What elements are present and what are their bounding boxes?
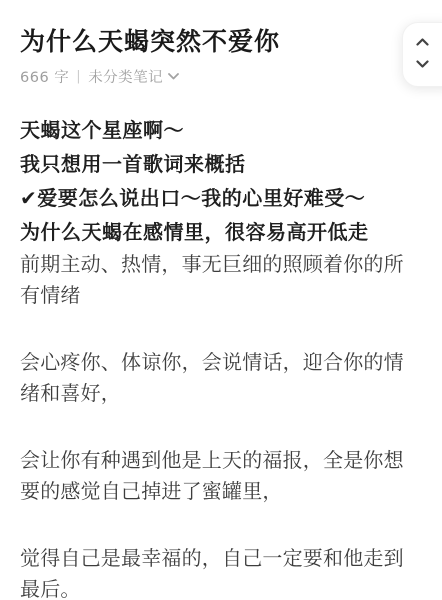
paragraph-line: 绪和喜好， [20,378,422,409]
paragraph-line: 会让你有种遇到他是上天的福报，全是你想 [20,445,422,476]
paragraph-line: 觉得自己是最幸福的，自己一定要和他走到 [20,543,422,574]
paragraph: ✔爱要怎么说出口～我的心里好难受～ [20,181,422,215]
paragraph-line: 天蝎这个星座啊～ [20,113,422,147]
paragraph: 为什么天蝎在感情里，很容易高开低走 [20,215,422,249]
note-header: 为什么天蝎突然不爱你 666 字 | 未分类笔记 [20,27,422,87]
paragraph-line: ✔爱要怎么说出口～我的心里好难受～ [20,181,422,215]
paragraph-nav [402,22,442,87]
scroll-down-button[interactable] [413,54,431,73]
paragraph-blank [20,409,422,445]
paragraph: 我只想用一首歌词来概括 [20,147,422,181]
paragraph-blank [20,507,422,543]
paragraph: 会心疼你、体谅你，会说情话，迎合你的情绪和喜好， [20,347,422,409]
paragraph-line: 有情绪 [20,280,422,311]
paragraph-blank [20,311,422,347]
paragraph: 天蝎这个星座啊～ [20,113,422,147]
note-title: 为什么天蝎突然不爱你 [20,27,422,57]
note-body[interactable]: 天蝎这个星座啊～我只想用一首歌词来概括✔爱要怎么说出口～我的心里好难受～为什么天… [20,113,422,600]
chevron-down-icon [168,73,179,80]
chevron-up-icon [416,38,429,46]
chevron-down-icon [416,60,429,68]
scroll-up-button[interactable] [413,32,431,51]
paragraph-line: 为什么天蝎在感情里，很容易高开低走 [20,215,422,249]
paragraph: 前期主动、热情，事无巨细的照顾着你的所有情绪 [20,249,422,311]
paragraph-line: 前期主动、热情，事无巨细的照顾着你的所 [20,249,422,280]
word-count: 666 字 [20,66,69,87]
paragraph-line: 我只想用一首歌词来概括 [20,147,422,181]
note-page: 为什么天蝎突然不爱你 666 字 | 未分类笔记 天蝎这个星座啊～我只想用一首歌… [0,0,442,600]
paragraph-line: 要的感觉自己掉进了蜜罐里， [20,476,422,507]
note-meta: 666 字 | 未分类笔记 [20,66,422,87]
meta-divider: | [76,69,81,84]
paragraph-line: 会心疼你、体谅你，会说情话，迎合你的情 [20,347,422,378]
category-label: 未分类笔记 [88,66,163,87]
paragraph-line: 最后。 [20,574,422,600]
paragraph: 会让你有种遇到他是上天的福报，全是你想要的感觉自己掉进了蜜罐里， [20,445,422,507]
category-selector[interactable]: 未分类笔记 [88,66,179,87]
paragraph: 觉得自己是最幸福的，自己一定要和他走到最后。 [20,543,422,600]
